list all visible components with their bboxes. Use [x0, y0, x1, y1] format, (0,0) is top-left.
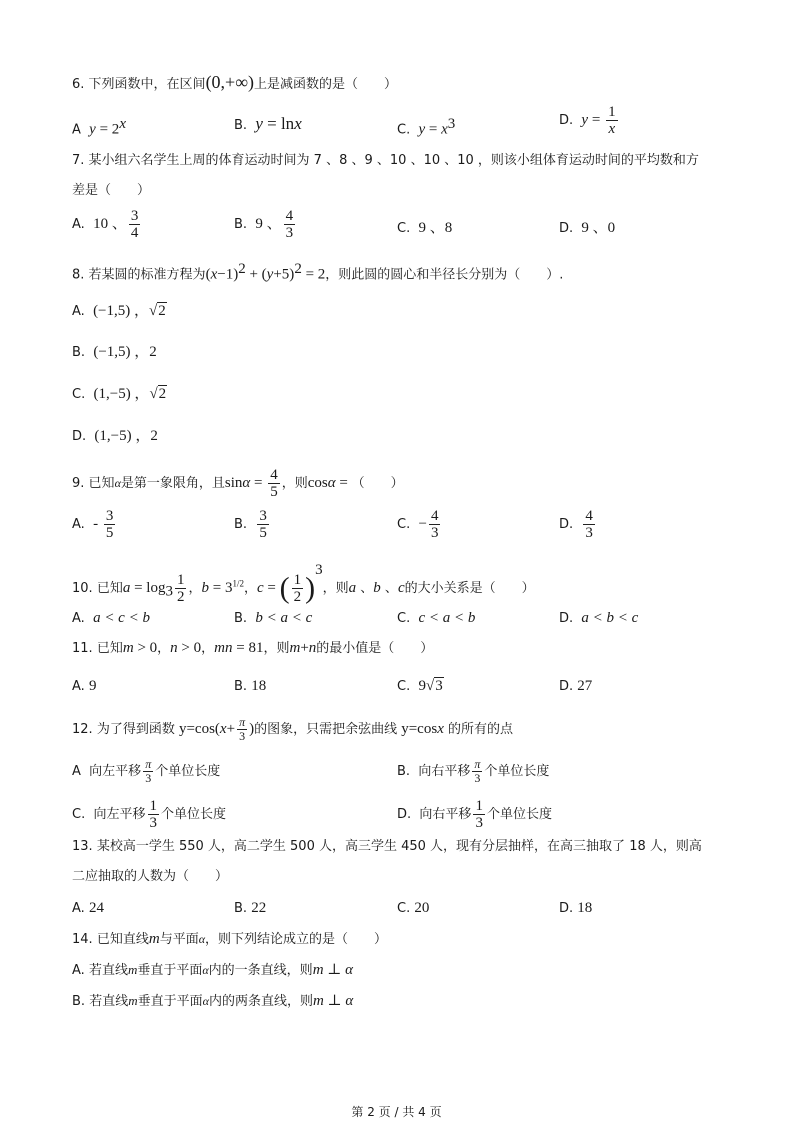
question-13-option-d[interactable]: D. 18	[559, 898, 592, 919]
question-11-option-d[interactable]: D. 27	[559, 676, 592, 697]
question-12-option-a[interactable]: A 向左平移π3个单位长度	[72, 758, 220, 785]
question-10-option-d[interactable]: D. a < b < c	[559, 608, 638, 629]
question-11-option-c[interactable]: C. 9√3	[397, 676, 444, 697]
question-13-stem: 13. 某校高一学生 550 人，高二学生 500 人，高三学生 450 人，现…	[72, 837, 702, 857]
question-10-option-b[interactable]: B. b < a < c	[234, 608, 312, 629]
question-12-option-d[interactable]: D. 向右平移13个单位长度	[397, 798, 552, 831]
question-8-option-d[interactable]: D. (1,−5) ，2	[72, 426, 158, 447]
page-number-footer: 第 2 页 / 共 4 页	[0, 1104, 793, 1120]
question-8-option-b[interactable]: B. (−1,5) ，2	[72, 342, 157, 363]
question-7-option-d[interactable]: D. 9 、0	[559, 218, 615, 239]
question-14-option-b[interactable]: B. 若直线m垂直于平面α内的两条直线，则m ⊥ α	[72, 991, 353, 1012]
question-7-option-c[interactable]: C. 9 、8	[397, 218, 452, 239]
question-9-option-a[interactable]: A. - 35	[72, 508, 117, 541]
question-11-stem: 11. 已知m > 0，n > 0，mn = 81，则m+n的最小值是（ ）	[72, 638, 433, 659]
question-7-stem: 7. 某小组六名学生上周的体育运动时间为 7 、8 、9 、10 、10 、10…	[72, 151, 699, 171]
question-8-option-c[interactable]: C. (1,−5) ，√2	[72, 384, 167, 405]
question-7-option-a[interactable]: A. 10 、34	[72, 208, 142, 241]
question-8-stem: 8. 若某圆的标准方程为(x−1)2 + (y+5)2 = 2，则此圆的圆心和半…	[72, 259, 563, 285]
question-6-option-c[interactable]: C. y = x3	[397, 114, 455, 140]
question-6-option-d[interactable]: D. y = 1x	[559, 104, 620, 137]
question-6-option-a[interactable]: A y = 2x	[72, 114, 126, 140]
question-9-stem: 9. 已知α是第一象限角，且sinα = 45，则cosα = （ ）	[72, 467, 404, 500]
question-9-option-b[interactable]: B. 35	[234, 508, 271, 541]
question-10-stem: 10. 已知a = log312，b = 31/2，c = (12)3，则a 、…	[72, 560, 535, 605]
question-9-option-d[interactable]: D. 43	[559, 508, 597, 541]
interval: (0,+∞)	[206, 72, 254, 92]
question-13-option-a[interactable]: A. 24	[72, 898, 104, 919]
question-8-option-a[interactable]: A. (−1,5) ，√2	[72, 301, 167, 322]
question-7-stem-cont: 差是（ ）	[72, 181, 150, 201]
question-6-stem: 6. 下列函数中，在区间(0,+∞)上是减函数的是（ ）	[72, 72, 397, 95]
question-6-option-b[interactable]: B. y = lnx	[234, 114, 302, 136]
question-12-option-b[interactable]: B. 向右平移π3个单位长度	[397, 758, 549, 785]
question-13-option-b[interactable]: B. 22	[234, 898, 266, 919]
question-11-option-b[interactable]: B. 18	[234, 676, 266, 697]
question-12-option-c[interactable]: C. 向左平移13个单位长度	[72, 798, 226, 831]
question-13-stem-cont: 二应抽取的人数为（ ）	[72, 867, 228, 887]
question-10-option-c[interactable]: C. c < a < b	[397, 608, 475, 629]
question-11-option-a[interactable]: A. 9	[72, 676, 96, 697]
question-12-stem: 12. 为了得到函数 y=cos(x+π3)的图象，只需把余弦曲线 y=cosx…	[72, 716, 513, 743]
question-7-option-b[interactable]: B. 9 、43	[234, 208, 297, 241]
question-13-option-c[interactable]: C. 20	[397, 898, 429, 919]
question-14-stem: 14. 已知直线m与平面α，则下列结论成立的是（ ）	[72, 929, 387, 950]
question-14-option-a[interactable]: A. 若直线m垂直于平面α内的一条直线，则m ⊥ α	[72, 960, 353, 981]
question-9-option-c[interactable]: C. −43	[397, 508, 442, 541]
question-10-option-a[interactable]: A. a < c < b	[72, 608, 150, 629]
